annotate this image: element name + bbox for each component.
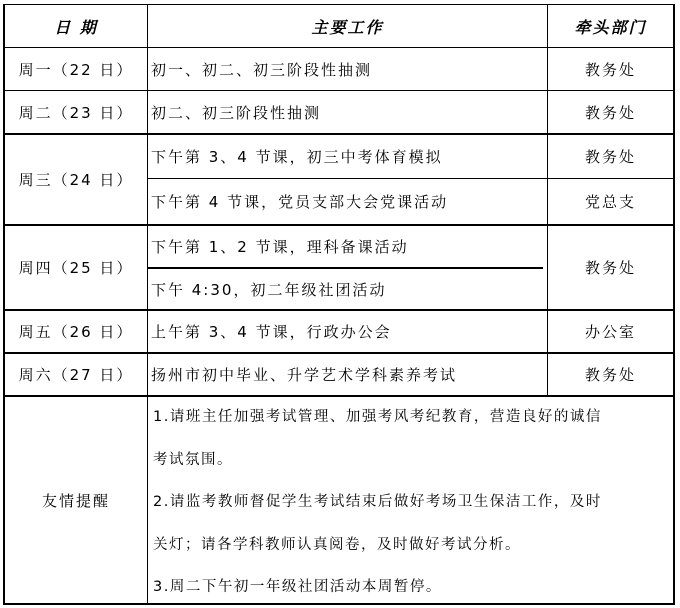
reminder-line: 考试氛围。: [153, 439, 673, 482]
col-divider-1b: [147, 395, 148, 604]
dept-cell: 党总支: [548, 179, 673, 224]
header-dept: 牵头部门: [548, 5, 673, 47]
dept-cell: 教务处: [548, 354, 673, 395]
header-work: 主要工作: [148, 5, 547, 47]
reminder-label: 友情提醒: [5, 397, 147, 604]
date-cell: 周三（24 日）: [5, 135, 147, 224]
date-cell: 周五（26 日）: [5, 311, 147, 352]
header-date: 日 期: [5, 5, 147, 47]
work-cell: 初一、初二、初三阶段性抽测: [148, 48, 547, 90]
date-cell: 周四（25 日）: [5, 226, 147, 309]
dept-cell: 教务处: [548, 226, 673, 309]
weekly-schedule-table: 日 期 主要工作 牵头部门 周一（22 日） 初一、初二、初三阶段性抽测 教务处…: [3, 4, 675, 605]
date-cell: 周二（23 日）: [5, 91, 147, 133]
work-cell: 下午第 4 节课，党员支部大会党课活动: [148, 179, 547, 224]
work-cell: 上午第 3、4 节课，行政办公会: [148, 311, 547, 352]
date-cell: 周一（22 日）: [5, 48, 147, 90]
dept-cell: 教务处: [548, 135, 673, 178]
reminder-line: 3.周二下午初一年级社团活动本周暂停。: [153, 566, 673, 608]
work-cell: 扬州市初中毕业、升学艺术学科素养考试: [148, 354, 547, 395]
dept-cell: 教务处: [548, 91, 673, 133]
reminder-line: 1.请班主任加强考试管理、加强考风考纪教育，营造良好的诚信: [153, 396, 673, 439]
dept-cell: 教务处: [548, 48, 673, 90]
reminder-line: 2.请监考教师督促学生考试结束后做好考场卫生保洁工作，及时: [153, 481, 673, 524]
reminder-line: 关灯；请各学科教师认真阅卷，及时做好考试分析。: [153, 524, 673, 567]
work-cell: 下午第 1、2 节课，理科备课活动: [148, 226, 547, 267]
date-cell: 周六（27 日）: [5, 354, 147, 395]
reminder-content: 1.请班主任加强考试管理、加强考风考纪教育，营造良好的诚信 考试氛围。 2.请监…: [150, 396, 673, 602]
dept-cell: 办公室: [548, 311, 673, 352]
work-cell: 下午 4:30，初二年级社团活动: [148, 269, 547, 309]
work-cell: 下午第 3、4 节课，初三中考体育模拟: [148, 135, 547, 178]
work-cell: 初二、初三阶段性抽测: [148, 91, 547, 133]
